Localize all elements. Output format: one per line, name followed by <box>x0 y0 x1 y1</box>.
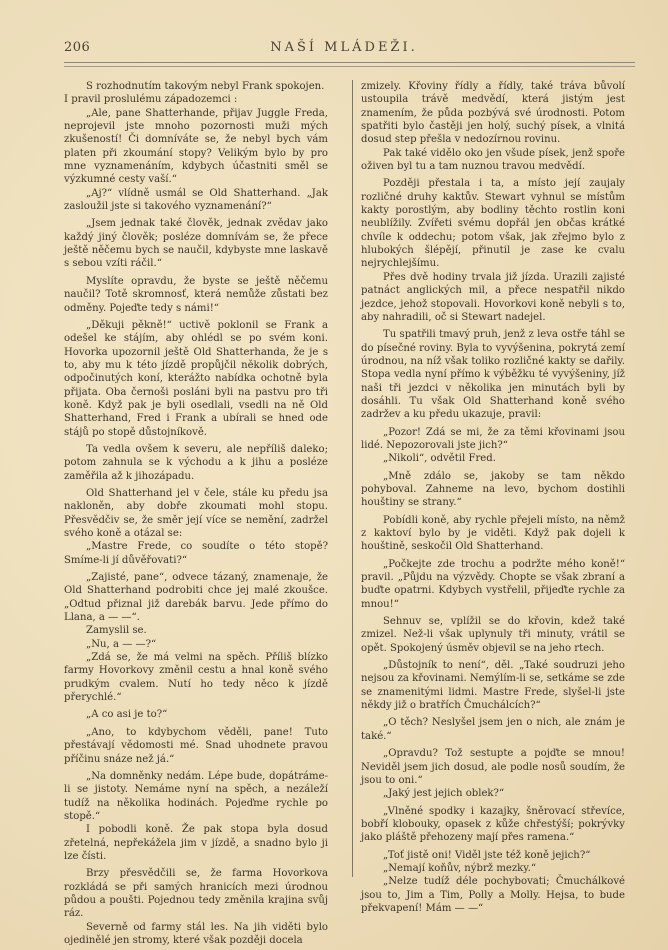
paragraph: „Děkuji pěkně!“ uctivě poklonil se Frank… <box>64 319 328 439</box>
paragraph: „Nemají koňův, nýbrž mezky.“ <box>361 862 625 875</box>
paragraph: Myslíte opravdu, že byste se ještě něčem… <box>64 275 328 315</box>
paragraph: „O těch? Neslyšel jsem jen o nich, ale z… <box>361 716 625 743</box>
paragraph: Přes dvě hodiny trvala již jízda. Urazil… <box>361 271 625 324</box>
paragraph: „Počkejte zde trochu a podržte mého koně… <box>361 558 625 611</box>
paragraph: „Jaký jest jejich oblek?“ <box>361 787 625 800</box>
paragraph: „Nelze tudíž déle pochybovati; Čmuchálko… <box>361 875 625 915</box>
paragraph: Old Shatterhand jel v čele, stále ku pře… <box>64 487 328 540</box>
paragraph: Ta vedla ovšem k severu, ale nepříliš da… <box>64 443 328 483</box>
paragraph: „Opravdu? Tož sestupte a pojďte se mnou!… <box>361 747 625 787</box>
paragraph: „Mastre Frede, co soudíte o této stopě? … <box>64 540 328 567</box>
right-column: zmizely. Křoviny řídly a řídly, také trá… <box>361 80 625 915</box>
running-head: NAŠÍ MLÁDEŽI. <box>0 40 668 55</box>
paragraph: „Vlněné spodky i kazajky, šněrovací stře… <box>361 805 625 845</box>
paragraph: Tu spatřili tmavý pruh, jenž z leva ostř… <box>361 328 625 421</box>
paragraph: „Toť jistě oni! Viděl jste též koně jeji… <box>361 849 625 862</box>
paragraph: „Zajisté, pane“, odvece tázaný, znamenaj… <box>64 571 328 624</box>
paragraph: S rozhodnutím takovým nebyl Frank spokoj… <box>64 80 328 93</box>
paragraph: „Aj?“ vlídně usmál se Old Shatterhand. „… <box>64 187 328 214</box>
paragraph: „Ale, pane Shatterhande, přijav Juggle F… <box>64 107 328 187</box>
paragraph: Pak také vidělo oko jen všude písek, jen… <box>361 147 625 174</box>
paragraph: Později přestala i ta, a místo její zauj… <box>361 177 625 270</box>
header-rule <box>64 62 635 67</box>
paragraph: Pobídli koně, aby rychle přejeli místo, … <box>361 514 625 554</box>
paragraph: I pobodli koně. Že pak stopa byla dosud … <box>64 823 328 863</box>
paragraph: zmizely. Křoviny řídly a řídly, také trá… <box>361 80 625 147</box>
paragraph: „A co asi je to?“ <box>64 708 328 721</box>
paragraph: I pravil proslulému západozemci : <box>64 93 328 106</box>
paragraph: „Důstojník to není“, děl. „Také soudruzi… <box>361 659 625 712</box>
paragraph: Sehnuv se, vplížil se do křovin, kdež ta… <box>361 615 625 655</box>
paragraph: Zamyslil se. <box>64 624 328 637</box>
paragraph: Brzy přesvědčili se, že farma Hovorkova … <box>64 867 328 920</box>
left-column: S rozhodnutím takovým nebyl Frank spokoj… <box>64 80 328 947</box>
column-divider <box>352 80 353 877</box>
paragraph: „Zdá se, že má velmi na spěch. Příliš bl… <box>64 651 328 704</box>
paragraph: „Ano, to kdybychom věděli, pane! Tuto př… <box>64 726 328 766</box>
paragraph: Severně od farmy stál les. Na jih viděti… <box>64 921 328 948</box>
paragraph: „Na domněnky nedám. Lépe bude, dopátráme… <box>64 770 328 823</box>
paragraph: „Nu, a — —?“ <box>64 638 328 651</box>
paragraph: „Mně zdálo se, jakoby se tam někdo pohyb… <box>361 470 625 510</box>
paragraph: „Pozor! Zdá se mi, že za těmi křovinami … <box>361 426 625 453</box>
paragraph: „Jsem jednak také člověk, jednak zvědav … <box>64 217 328 270</box>
paragraph: „Nikoli“, odvětil Fred. <box>361 452 625 465</box>
